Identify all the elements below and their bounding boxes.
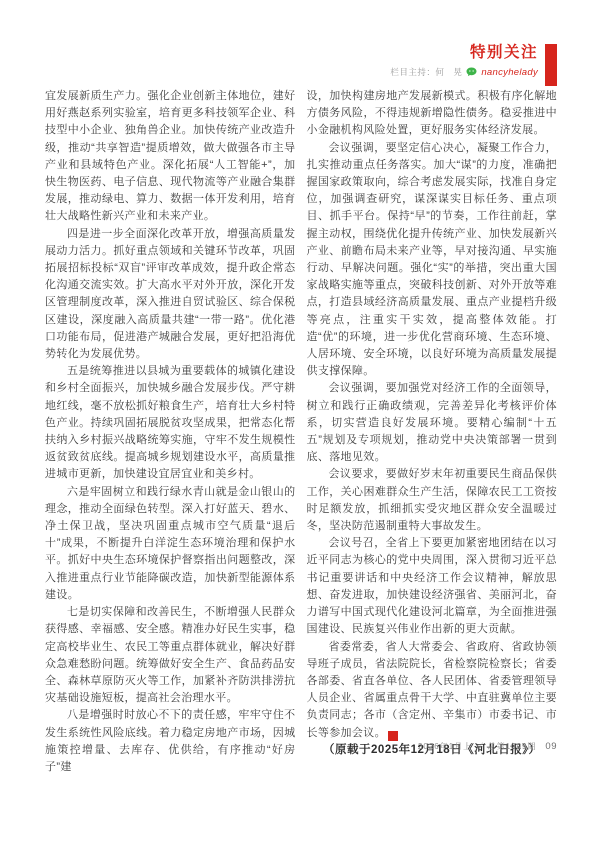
article-paragraph: 会议号召，全省上下要更加紧密地团结在以习近平同志为核心的党中央周围，深入贯彻习近… (307, 535, 558, 638)
article-paragraph: 宜发展新质生产力。强化企业创新主体地位，建好用好燕赵系列实验室，培育更多科技领军… (45, 88, 296, 226)
wechat-icon (466, 67, 477, 77)
article-body: 宜发展新质生产力。强化企业创新主体地位，建好用好燕赵系列实验室，培育更多科技领军… (45, 88, 557, 776)
page-number: 09 (545, 741, 557, 752)
column-host-label: 栏目主持：何 晃 (390, 66, 462, 78)
page-footer: 2026年1月上 ／ 总第1009期 09 (418, 741, 557, 752)
wechat-account-name: nancyhelady (481, 67, 538, 78)
article-paragraph: 五是统筹推进以县城为重要载体的城镇化建设和乡村全面振兴，加快城乡融合发展步伐。严… (45, 363, 296, 483)
right-column: 设，加快构建房地产发展新模式。积极有序化解地方债务风险，不得违规新增隐性债务。稳… (307, 88, 558, 776)
article-paragraph: 七是切实保障和改善民生，不断增强人民群众获得感、幸福感、安全感。精准办好民生实事… (45, 604, 296, 707)
article-paragraph: 四是进一步全面深化改革开放，增强高质量发展动力活力。抓好重点领域和关键环节改革，… (45, 226, 296, 364)
article-paragraph: 会议要求，要做好岁末年初重要民生商品保供工作，关心困难群众生产生活，保障农民工工… (307, 466, 558, 535)
section-title: 特别关注 (390, 44, 538, 62)
section-accent-bar (545, 44, 557, 86)
issue-info: 2026年1月上 ／ 总第1009期 (418, 741, 537, 752)
article-paragraph-text: 省委常委，省人大常委会、省政府、省政协领导班子成员，省法院院长，省检察院检察长；… (307, 641, 558, 739)
article-paragraph: 会议强调，要加强党对经济工作的全面领导，树立和践行正确政绩观，完善差异化考核评价… (307, 380, 558, 466)
article-paragraph: 八是增强时时放心不下的责任感，牢牢守住不发生系统性风险底线。着力稳定房地产市场，… (45, 707, 296, 776)
article-paragraph: 省委常委，省人大常委会、省政府、省政协领导班子成员，省法院院长，省检察院检察长；… (307, 639, 558, 742)
article-paragraph: 会议强调，要坚定信心决心，凝聚工作合力，扎实推动重点任务落实。加大“谋”的力度，… (307, 140, 558, 381)
article-end-mark-icon: H (388, 731, 398, 741)
page-header: 特别关注 栏目主持：何 晃 nancyhelady (390, 44, 557, 86)
left-column: 宜发展新质生产力。强化企业创新主体地位，建好用好燕赵系列实验室，培育更多科技领军… (45, 88, 296, 776)
column-host-line: 栏目主持：何 晃 nancyhelady (390, 66, 538, 78)
header-text-block: 特别关注 栏目主持：何 晃 nancyhelady (390, 44, 538, 78)
magazine-page: 特别关注 栏目主持：何 晃 nancyhelady 宜发展新质生产力。强化企业创… (0, 0, 595, 842)
article-paragraph: 六是牢固树立和践行绿水青山就是金山银山的理念，推动全面绿色转型。深入打好蓝天、碧… (45, 484, 296, 604)
article-paragraph: 设，加快构建房地产发展新模式。积极有序化解地方债务风险，不得违规新增隐性债务。稳… (307, 88, 558, 140)
